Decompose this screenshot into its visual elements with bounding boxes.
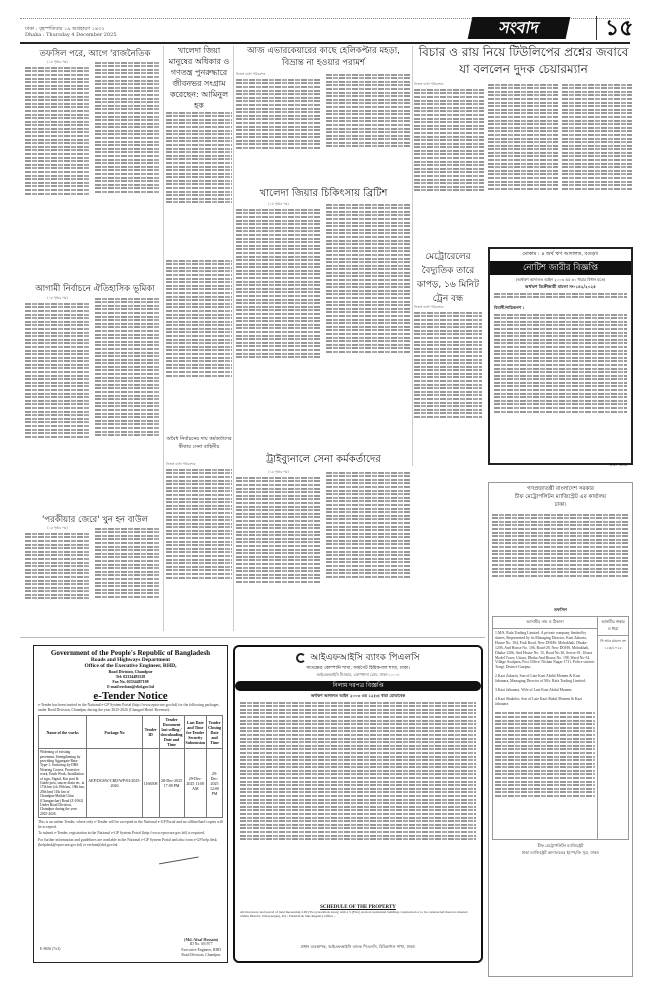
dmm-table: আসামীর নাম ও ঠিকানা 1.M/S. Rafa Trading … bbox=[492, 616, 629, 840]
article-col2-body bbox=[166, 258, 232, 433]
article-tulip-body-3 bbox=[562, 82, 632, 242]
ific-schedule-text: All that piece and parcel of land measur… bbox=[240, 910, 476, 942]
dmm-entry-4: 4.Kazi Shakelor, Son of Late Kazi Abdul … bbox=[493, 695, 597, 709]
cell-tender-id: 1166508 bbox=[142, 749, 159, 818]
ific-title: নিলাম দরপত্র বিজ্ঞপ্তি bbox=[235, 681, 481, 691]
article-election-role-body-2 bbox=[95, 296, 160, 501]
signer-office: Road Division, Chandpur. bbox=[181, 953, 221, 958]
etender-ref: E-8656 (7x3) bbox=[40, 947, 60, 952]
etender-line1: Government of the People's Republic of B… bbox=[38, 649, 223, 657]
dmm-section: তফসিল bbox=[492, 607, 629, 614]
article-tulip-body: নিজস্ব বার্তা পরিবেশক bbox=[414, 82, 484, 242]
court-notice-top-line: মোকাম : ৪ অর্থ ঋণ আদালত, বগুড়া। bbox=[494, 251, 627, 259]
dmm-col2-header: আসামীর নাম্বার ও ধারা bbox=[598, 617, 628, 636]
table-row: Widening of existing pavement, Strengthe… bbox=[39, 749, 223, 818]
ific-header: আইএফআইসি ব্যাংক পিএলসি bbox=[240, 650, 476, 665]
headline-election-role: আগামী নির্বাচনে ঐতিহাসিক ভূমিকা bbox=[25, 282, 165, 296]
article-helicopter-body: নিজস্ব বার্তা পরিবেশক bbox=[236, 72, 321, 182]
cell-package-no: AEP/DGSW/CRD/WP/03/2025-2026 bbox=[87, 749, 142, 818]
dmm-line2: চীফ মেট্রোপলিটন ম্যাজিস্ট্রেট এর কার্যাল… bbox=[492, 494, 629, 502]
headline-khaleda-treatment: খালেদা জিয়ার চিকিৎসায় ব্রিটিশ bbox=[236, 186, 411, 203]
headline-metrorail: মেট্রোরেলের বৈদ্যুতিক তারে কাপড়, ১৬ মিন… bbox=[414, 250, 482, 306]
headline-tofsil: তফসিল পরে, আগে 'রাজনৈতিক bbox=[25, 47, 165, 61]
ific-branch: সাতক্ষেত্র কোম্পানি শাখা, ফার্মগেট হিমিক… bbox=[240, 665, 476, 672]
etender-email: E-mail:eechan@rhd.gov.bd bbox=[38, 684, 223, 689]
page-number: ১৫ bbox=[596, 16, 634, 40]
th-security-submission: Last Date and Time for Tender Security S… bbox=[184, 716, 207, 749]
etender-intro: e-Tender has been invited in the Nationa… bbox=[38, 703, 223, 712]
article-khaleda-rights-body bbox=[166, 110, 232, 250]
dmm-line3: ঢাকা। bbox=[492, 502, 629, 510]
cell-work-name: Widening of existing pavement, Strengthe… bbox=[39, 749, 87, 818]
headline-tribunal: ট্রাইব্যুনালে সেনা কর্মকর্তাদের bbox=[236, 452, 411, 469]
headline-helicopter: আজ এভারকেয়ারের কাছে হেলিকপ্টার মহড়া, ব… bbox=[236, 45, 411, 69]
column-divider bbox=[163, 46, 164, 631]
article-baul-body: (১ম পৃষ্ঠার পর) bbox=[25, 526, 90, 631]
cell-security-date: 29-Dec-2025 11:00 AM bbox=[184, 749, 207, 818]
masthead-date-en: Dhaka : Thursday 4 December 2025 bbox=[25, 32, 225, 38]
article-baul-body-2 bbox=[95, 526, 160, 631]
article-khaleda-treatment-body-2 bbox=[326, 202, 411, 427]
etender-box: Government of the People's Republic of B… bbox=[33, 645, 228, 963]
newspaper-logo: সংবাদ bbox=[468, 17, 571, 39]
dmm-col2-value: সি আর মামলা নং ১২৩/২০২৫ bbox=[598, 636, 628, 654]
headline-baul-murder: 'পরকীয়ার জেরে' খুন হন বাউল bbox=[25, 513, 165, 527]
column-divider bbox=[412, 46, 413, 466]
article-tofsil-body-2 bbox=[95, 60, 160, 255]
dmm-line1: গণপ্রজাতন্ত্রী বাংলাদেশ সরকার bbox=[492, 486, 629, 494]
article-army-officers-body: নিজস্ব বার্তা পরিবেশক bbox=[166, 462, 232, 632]
court-notice-sub1: (অর্থঋণ আদালত আইন ২০০৩ এর ৩০ ধারার বিধান… bbox=[494, 277, 627, 284]
dmm-footer2: ঢাকা ম্যাজিস্ট্রেট আদালতের ইস্পে/জি সূত্… bbox=[492, 850, 629, 857]
article-tofsil-body: (১ম পৃষ্ঠার পর) bbox=[25, 60, 90, 255]
th-name-of-works: Name of the works bbox=[39, 716, 87, 749]
headline-army-officers-small: অবৈধ নির্বাচনের দায় কর্মকর্তাদের স্বীকা… bbox=[166, 435, 232, 451]
dmm-entry-1: 1.M/S. Rafa Trading Limited. A private c… bbox=[493, 629, 597, 672]
headline-tulip: বিচার ও রায় নিয়ে টিউলিপের প্রশ্নের জবা… bbox=[416, 44, 631, 78]
court-notice-box: মোকাম : ৪ অর্থ ঋণ আদালত, বগুড়া। নোটিশ জ… bbox=[488, 247, 633, 465]
etender-note3: For further information and guidelines a… bbox=[38, 838, 223, 847]
cell-closing-date: 29-Dec-2025 12:00 PM bbox=[207, 749, 223, 818]
etender-note1: This is an online Tender, where only e-T… bbox=[38, 820, 223, 829]
ific-address: আইএফআইসি টাওয়ার, তোপখানা রোড, ঢাকা-১০০০… bbox=[240, 672, 476, 679]
column-divider bbox=[233, 46, 234, 631]
ific-notice-box: আইএফআইসি ব্যাংক পিএলসি সাতক্ষেত্র কোম্পা… bbox=[233, 645, 483, 963]
article-helicopter-body-2 bbox=[326, 72, 411, 182]
etender-signer: (Md. Afzal Hossain) ID No. 601977 Execut… bbox=[181, 937, 221, 958]
etender-table: Name of the works Package No Tender ID T… bbox=[38, 715, 223, 818]
article-tribunal-body: (১ম পৃষ্ঠার পর) bbox=[236, 470, 321, 632]
dmm-col1-header: আসামীর নাম ও ঠিকানা bbox=[493, 617, 597, 629]
etender-table-header: Name of the works Package No Tender ID T… bbox=[39, 716, 223, 749]
ific-logo-icon bbox=[296, 653, 306, 663]
th-package-no: Package No bbox=[87, 716, 142, 749]
ific-footer: প্রধান ব্যবস্থাপক, আইএফআইসি ব্যাংক পিএলস… bbox=[240, 944, 476, 951]
court-notice-title: নোটিশ জারীর বিজ্ঞপ্তি bbox=[490, 261, 631, 275]
court-notice-sub2: অর্থঋণ ডিক্রীজারী মামলা নং-১৪২/২০২৫ bbox=[494, 284, 627, 291]
etender-title: e-Tender Notice bbox=[38, 690, 223, 702]
article-election-role-body: (১ম পৃষ্ঠার পর) bbox=[25, 296, 90, 501]
signature-scribble bbox=[157, 848, 198, 865]
article-khaleda-treatment-body: (১ম পৃষ্ঠার পর) bbox=[236, 202, 321, 427]
th-tender-id: Tender ID bbox=[142, 716, 159, 749]
article-metrorail-body: নিজস্ব বার্তা পরিবেশক bbox=[414, 305, 482, 465]
ific-bank-name: আইএফআইসি ব্যাংক পিএলসি bbox=[310, 650, 419, 665]
dmm-entry-2: 2.Kazi Zakaria, Son of Late Kazi Abdul M… bbox=[493, 672, 597, 686]
etender-note2: To submit e-Tender, registration in the … bbox=[38, 831, 223, 836]
dmm-notice-box: গণপ্রজাতন্ত্রী বাংলাদেশ সরকার চীফ মেট্রো… bbox=[488, 482, 633, 977]
th-doc-last-selling: Tender Document last selling / downloadi… bbox=[159, 716, 184, 749]
dmm-entry-3: 3.Kazi Jahanara, Wife of Late Kazi Abdul… bbox=[493, 686, 597, 695]
article-tulip-body-2 bbox=[488, 82, 558, 242]
ific-subtitle: অর্থঋণ আদালত আইন ২০০৩ এর ১২(৩) ধারা মোতা… bbox=[240, 693, 476, 700]
th-closing: Tender Closing Date and Time bbox=[207, 716, 223, 749]
cell-doc-date: 28-Dec-2025 17:00 PM bbox=[159, 749, 184, 818]
headline-khaleda-rights: খালেদা জিয়া মানুষের অধিকার ও গণতন্ত্র প… bbox=[168, 45, 230, 111]
dmm-footer1: চীফ মেট্রোপলিটন ম্যাজিস্ট্রেট bbox=[492, 843, 629, 850]
court-notice-signature: আদেশক্রমে bbox=[494, 462, 627, 469]
section-rule bbox=[20, 637, 485, 638]
article-tribunal-body-2 bbox=[326, 470, 411, 632]
court-notice-section: বিবাদী/দায়িকগণ : bbox=[494, 305, 627, 312]
